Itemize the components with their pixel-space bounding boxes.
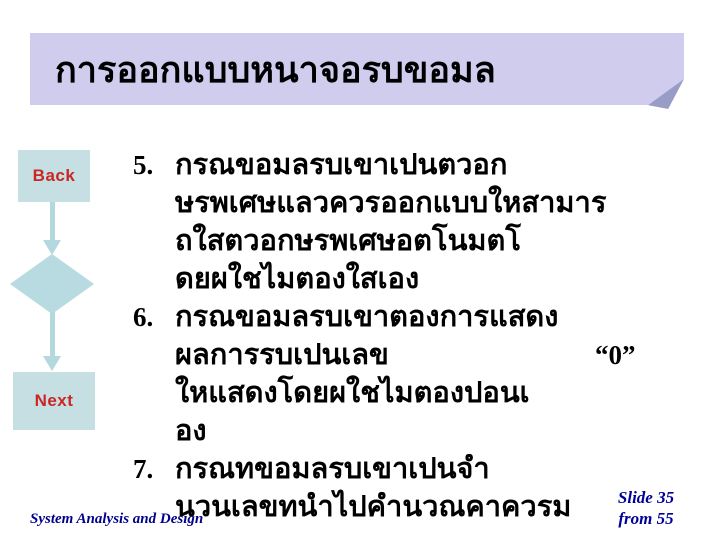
item5-text-line2: ษรพเศษแลวควรออกแบบใหสามาร [175,184,699,222]
item5-text-line3: ถใสตวอกษรพเศษอตโนมตโ [175,222,699,260]
flow-arrow-line-2 [50,312,55,357]
list-number-5: 5. [133,146,175,184]
next-button[interactable]: Next [13,372,95,430]
flow-arrow-line-1 [50,202,55,241]
presentation-slide: การออกแบบหนาจอรบขอมล Back Next 5. กรณขอม… [0,0,720,540]
back-button[interactable]: Back [18,150,90,202]
decision-diamond-shape [10,254,94,314]
slide-title: การออกแบบหนาจอรบขอมล [55,41,496,98]
list-item-6-line-1: 6. กรณขอมลรบเขาตองการแสดง [133,298,699,336]
flow-arrow-head-1-icon [43,240,61,255]
next-button-label: Next [35,391,74,411]
back-button-label: Back [33,166,76,186]
slide-number-line1: Slide 35 [596,487,696,508]
item5-text-line4: ดยผใชไมตองใสเอง [175,260,699,298]
item6-text-line4: อง [175,412,699,450]
list-item-6-line-2: ผลการรบเปนเลข “0” [175,336,699,374]
item6-quoted-zero-value: “0” [595,336,636,374]
slide-body-list: 5. กรณขอมลรบเขาเปนตวอก ษรพเศษแลวควรออกแบ… [133,146,699,526]
slide-number-line2: from 55 [596,508,696,529]
list-item-5-line-1: 5. กรณขอมลรบเขาเปนตวอก [133,146,699,184]
slide-number-block: Slide 35 from 55 [596,487,696,529]
list-item-7-line-1: 7. กรณทขอมลรบเขาเปนจำ [133,450,699,488]
item7-text-line1: กรณทขอมลรบเขาเปนจำ [175,450,490,488]
item6-text-line1: กรณขอมลรบเขาตองการแสดง [175,298,558,336]
list-number-7: 7. [133,450,175,488]
flow-arrow-head-2-icon [43,356,61,371]
list-number-6: 6. [133,298,175,336]
item5-text-line1: กรณขอมลรบเขาเปนตวอก [175,146,507,184]
item6-text-line3: ใหแสดงโดยผใชไมตองปอนเ [175,374,699,412]
item6-text-line2: ผลการรบเปนเลข [175,339,389,371]
title-banner: การออกแบบหนาจอรบขอมล [30,33,684,105]
